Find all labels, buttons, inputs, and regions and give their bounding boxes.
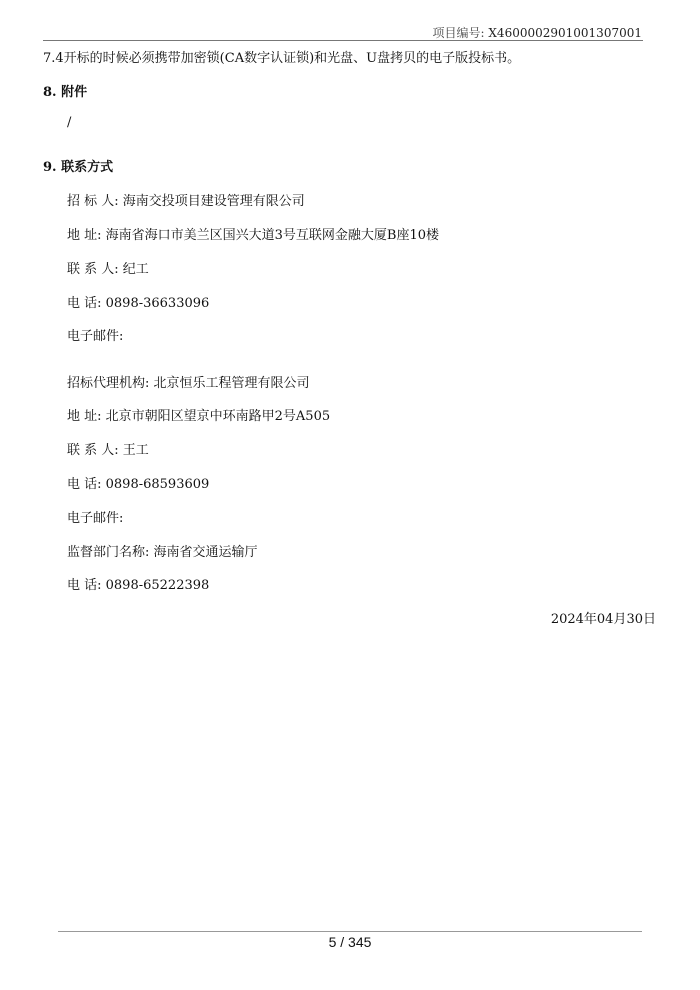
tenderer-email: 电子邮件: bbox=[67, 325, 123, 344]
clause-7-4: 7.4开标的时候必须携带加密锁(CA数字认证锁)和光盘、U盘拷贝的电子版投标书。 bbox=[43, 47, 520, 66]
supervisor-name: 监督部门名称: 海南省交通运输厅 bbox=[67, 541, 258, 560]
tenderer-address: 地 址: 海南省海口市美兰区国兴大道3号互联网金融大厦B座10楼 bbox=[67, 224, 439, 243]
tenderer-contact-person: 联 系 人: 纪工 bbox=[67, 258, 149, 277]
agency-phone: 电 话: 0898-68593609 bbox=[67, 473, 209, 492]
document-date: 2024年04月30日 bbox=[551, 608, 656, 627]
agency-email: 电子邮件: bbox=[67, 507, 123, 526]
header-divider bbox=[43, 40, 643, 41]
agency-name: 招标代理机构: 北京恒乐工程管理有限公司 bbox=[67, 372, 310, 391]
project-number-header: 项目编号: X4600002901001307001 bbox=[433, 24, 642, 41]
footer-divider bbox=[58, 931, 642, 932]
section-8-title: 8. 附件 bbox=[43, 81, 87, 100]
section-8-content: / bbox=[67, 115, 71, 130]
tenderer-phone: 电 话: 0898-36633096 bbox=[67, 292, 209, 311]
supervisor-phone: 电 话: 0898-65222398 bbox=[67, 574, 209, 593]
project-number-label: 项目编号: bbox=[433, 26, 485, 40]
agency-address: 地 址: 北京市朝阳区望京中环南路甲2号A505 bbox=[67, 405, 330, 424]
section-9-title: 9. 联系方式 bbox=[43, 156, 113, 175]
agency-contact-person: 联 系 人: 王工 bbox=[67, 439, 149, 458]
page-number: 5 / 345 bbox=[0, 934, 700, 950]
tenderer-name: 招 标 人: 海南交投项目建设管理有限公司 bbox=[67, 190, 305, 209]
project-number-value: X4600002901001307001 bbox=[488, 26, 642, 40]
